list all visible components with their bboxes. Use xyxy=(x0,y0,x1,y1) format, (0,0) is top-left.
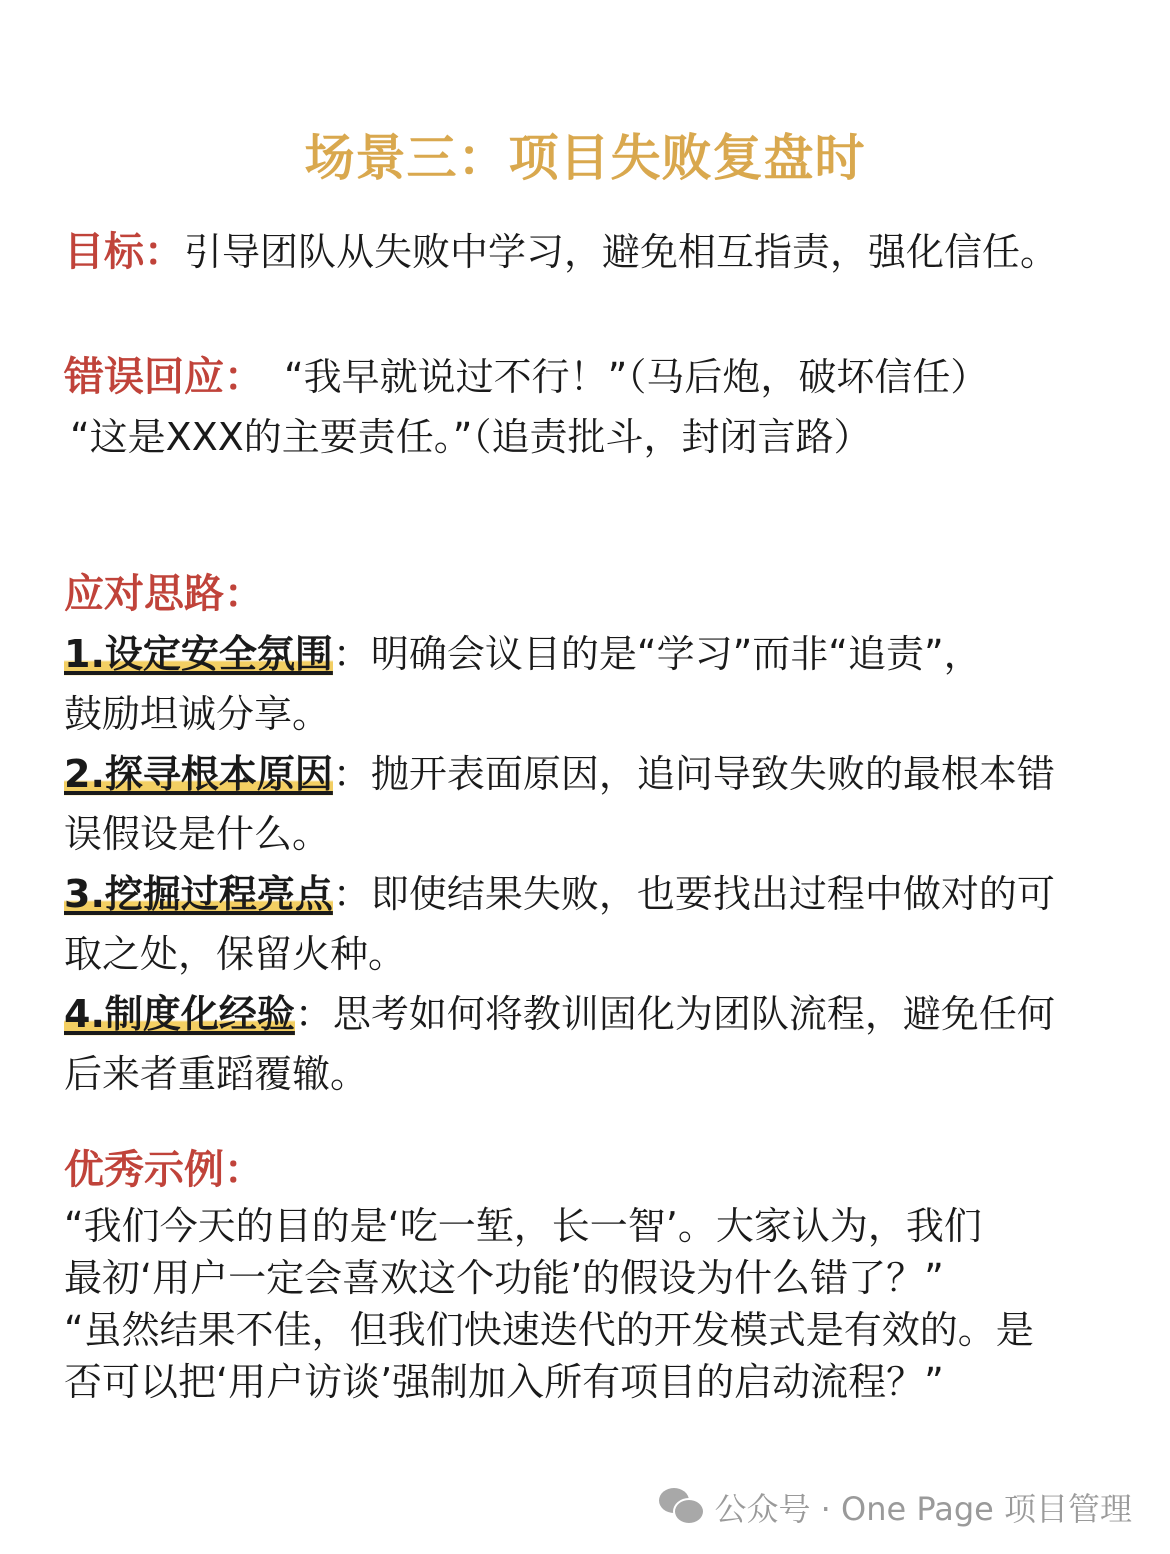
approach-item: 4.制度化经验：思考如何将教训固化为团队流程，避免任何 后来者重蹈覆辙。 xyxy=(64,984,1104,1104)
example-line: 最初‘用户一定会喜欢这个功能’的假设为什么错了？” xyxy=(64,1252,1104,1304)
approach-item-key: 3.挖掘过程亮点 xyxy=(64,872,333,916)
example-section: 优秀示例： “我们今天的目的是‘吃一堑，长一智’。大家认为，我们 最初‘用户一定… xyxy=(64,1140,1104,1408)
example-heading: 优秀示例： xyxy=(64,1140,1104,1200)
footer-watermark: 公众号 · One Page 项目管理 xyxy=(659,1484,1133,1530)
goal-text: 引导团队从失败中学习，避免相互指责，强化信任。 xyxy=(184,230,1058,274)
approach-heading: 应对思路： xyxy=(64,564,1104,624)
wrong-response-section: 错误回应：“我早就说过不行！”（马后炮，破坏信任） “这是XXX的主要责任。”（… xyxy=(64,347,1104,467)
approach-item-text: ：抛开表面原因，追问导致失败的最根本错 xyxy=(333,752,1055,796)
example-line: 否可以把‘用户访谈’强制加入所有项目的启动流程？” xyxy=(64,1356,1104,1408)
wrong-response-line: “我早就说过不行！”（马后炮，破坏信任） xyxy=(284,355,988,399)
approach-item-key: 4.制度化经验 xyxy=(64,992,295,1036)
page-title: 场景三：项目失败复盘时 xyxy=(0,118,1170,190)
approach-item: 3.挖掘过程亮点：即使结果失败，也要找出过程中做对的可 取之处，保留火种。 xyxy=(64,864,1104,984)
example-line: “我们今天的目的是‘吃一堑，长一智’。大家认为，我们 xyxy=(64,1200,1104,1252)
approach-item-text: ：明确会议目的是“学习”而非“追责”， xyxy=(333,632,982,676)
example-line: “虽然结果不佳，但我们快速迭代的开发模式是有效的。是 xyxy=(64,1304,1104,1356)
goal-section: 目标：引导团队从失败中学习，避免相互指责，强化信任。 xyxy=(64,222,1104,282)
approach-item-text: 取之处，保留火种。 xyxy=(64,924,1104,984)
approach-item-text: ：即使结果失败，也要找出过程中做对的可 xyxy=(333,872,1055,916)
approach-item-key: 1.设定安全氛围 xyxy=(64,632,333,676)
approach-item: 1.设定安全氛围：明确会议目的是“学习”而非“追责”， 鼓励坦诚分享。 xyxy=(64,624,1104,744)
wrong-response-label: 错误回应： xyxy=(64,354,264,400)
wechat-icon xyxy=(659,1488,705,1526)
approach-item-text: 误假设是什么。 xyxy=(64,804,1104,864)
approach-item-key: 2.探寻根本原因 xyxy=(64,752,333,796)
goal-label: 目标： xyxy=(64,229,184,275)
approach-section: 应对思路： 1.设定安全氛围：明确会议目的是“学习”而非“追责”， 鼓励坦诚分享… xyxy=(64,564,1104,1104)
footer-text: 公众号 · One Page 项目管理 xyxy=(715,1484,1133,1530)
approach-item-text: ：思考如何将教训固化为团队流程，避免任何 xyxy=(295,992,1055,1036)
approach-item: 2.探寻根本原因：抛开表面原因，追问导致失败的最根本错 误假设是什么。 xyxy=(64,744,1104,864)
wrong-response-line: “这是XXX的主要责任。”（追责批斗，封闭言路） xyxy=(70,407,1104,467)
approach-item-text: 鼓励坦诚分享。 xyxy=(64,684,1104,744)
approach-item-text: 后来者重蹈覆辙。 xyxy=(64,1044,1104,1104)
